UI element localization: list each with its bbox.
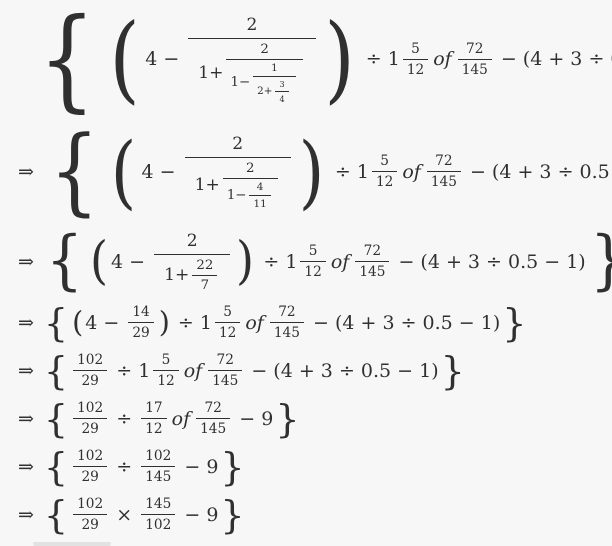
fraction: 512	[153, 352, 178, 389]
numerator: 2	[154, 231, 230, 254]
math-text: 102	[145, 448, 171, 464]
math-text: 29	[132, 325, 149, 341]
denominator: 29	[73, 370, 107, 389]
math-text: 29	[81, 373, 98, 389]
fraction: 72145	[355, 243, 389, 280]
implies-arrow: ⇒	[18, 456, 34, 478]
math-line-step-7: ⇒{10229 ÷ 102145 − 9}	[18, 448, 247, 486]
math-text: − 9	[233, 408, 273, 430]
fraction: 21+21−411	[185, 134, 291, 210]
math-text: 2	[187, 231, 198, 251]
math-word: of	[402, 161, 420, 183]
math-word: of	[245, 312, 263, 334]
fraction: 512	[300, 243, 325, 280]
math-line-step-5: ⇒{10229 ÷ 1512of72145 − (4 + 3 ÷ 0.5 − 1…	[18, 352, 467, 390]
math-text: 2+	[257, 85, 272, 97]
math-text: 4 −	[142, 161, 182, 183]
math-text: − (4 + 3 ÷ 0.5 − 1)	[245, 360, 438, 382]
numerator: 102	[73, 448, 107, 466]
numerator: 5	[372, 153, 397, 171]
math-text: 102	[145, 517, 171, 533]
math-text: 22	[196, 258, 213, 273]
numerator: 4	[249, 181, 270, 195]
left-brace: {	[44, 496, 68, 534]
math-text: ÷ 1	[172, 312, 212, 334]
math-word: of	[184, 360, 202, 382]
math-text: ÷ 1	[360, 48, 400, 70]
math-text: 29	[81, 421, 98, 437]
math-text: − (4 + 3 ÷ 0.5 − 1)	[392, 251, 585, 273]
math-text: 102	[77, 496, 103, 512]
math-text: − (4 + 3 ÷ 0.5 − 1)	[495, 48, 612, 70]
numerator: 3	[275, 79, 288, 91]
math-text: 2	[247, 15, 258, 35]
math-text: 12	[304, 264, 321, 280]
fraction: 10229	[73, 400, 107, 437]
math-text: 72	[217, 352, 234, 368]
denominator: 12	[403, 59, 428, 78]
math-text: 102	[77, 448, 103, 464]
numerator: 102	[73, 496, 107, 514]
math-text: 29	[81, 469, 98, 485]
right-paren: )	[236, 236, 254, 287]
fraction: 10229	[73, 352, 107, 389]
denominator: 29	[73, 466, 107, 485]
numerator: 102	[73, 400, 107, 418]
denominator: 12	[215, 322, 240, 341]
math-text: − 9	[178, 504, 218, 526]
math-text: ÷	[110, 456, 138, 478]
math-text: 5	[223, 304, 232, 320]
fraction: 21−411	[223, 161, 278, 210]
numerator: 17	[141, 400, 166, 418]
denominator: 102	[141, 514, 175, 533]
denominator: 2+34	[253, 76, 296, 104]
numerator: 72	[196, 400, 230, 418]
math-text: 5	[309, 243, 318, 259]
fraction: 72145	[427, 153, 461, 190]
fraction: 21−12+34	[226, 42, 302, 104]
math-text: 102	[77, 352, 103, 368]
right-brace: }	[275, 400, 299, 438]
numerator: 5	[403, 41, 428, 59]
math-text: 3	[279, 79, 284, 89]
denominator: 4	[275, 91, 288, 104]
math-text: 1+	[195, 175, 220, 195]
denominator: 145	[458, 59, 492, 78]
math-text: 1−	[230, 75, 250, 90]
math-word: of	[172, 408, 190, 430]
numerator: 5	[215, 304, 240, 322]
math-text: 145	[274, 325, 300, 341]
math-text: 145	[200, 421, 226, 437]
numerator: 2	[188, 15, 315, 38]
denominator: 12	[153, 370, 178, 389]
math-text: 145	[145, 496, 171, 512]
numerator: 2	[185, 134, 291, 157]
numerator: 14	[128, 304, 153, 322]
math-text: 2	[246, 161, 254, 176]
fraction: 72145	[196, 400, 230, 437]
denominator: 29	[73, 418, 107, 437]
implies-arrow: ⇒	[18, 504, 34, 526]
math-text: 145	[359, 264, 385, 280]
fraction: 1712	[141, 400, 166, 437]
numerator: 145	[141, 496, 175, 514]
left-paren: (	[109, 12, 139, 107]
math-derivation-page: {(4 − 21+21−12+34) ÷ 1512of72145 − (4 + …	[0, 0, 612, 546]
math-text: 12	[145, 421, 162, 437]
fraction: 10229	[73, 448, 107, 485]
math-text: 145	[462, 62, 488, 78]
fraction: 12+34	[253, 62, 296, 104]
math-text: ÷ 1	[257, 251, 297, 273]
math-text: 2	[260, 42, 268, 57]
numerator: 72	[270, 304, 304, 322]
fraction: 145102	[141, 496, 175, 533]
math-text: 4 −	[85, 312, 125, 334]
denominator: 7	[192, 275, 217, 293]
left-paren: (	[72, 309, 83, 338]
left-brace: {	[44, 352, 68, 390]
math-text: 102	[77, 400, 103, 416]
implies-arrow: ⇒	[18, 251, 34, 273]
numerator: 2	[223, 161, 278, 178]
math-line-step-4: ⇒{(4 − 1429) ÷ 1512of72145 − (4 + 3 ÷ 0.…	[18, 304, 528, 342]
math-text: 145	[212, 373, 238, 389]
math-text: 4	[257, 181, 264, 193]
math-text: 1+	[164, 265, 189, 285]
numerator: 2	[226, 42, 302, 59]
numerator: 72	[427, 153, 461, 171]
numerator: 72	[458, 41, 492, 59]
math-line-step-1: {(4 − 21+21−12+34) ÷ 1512of72145 − (4 + …	[30, 4, 612, 114]
numerator: 102	[73, 352, 107, 370]
denominator: 1+21−12+34	[188, 38, 315, 104]
denominator: 29	[128, 322, 153, 341]
math-line-step-2: ⇒{(4 − 21+21−411) ÷ 1512of72145 − (4 + 3…	[18, 124, 612, 219]
math-text: 1+	[198, 63, 223, 83]
denominator: 1−12+34	[226, 59, 302, 104]
math-text: − (4 + 3 ÷ 0.5 − 1)	[307, 312, 500, 334]
fraction: 72145	[208, 352, 242, 389]
math-text: 5	[162, 352, 171, 368]
math-text: 72	[364, 243, 381, 259]
implies-arrow: ⇒	[18, 312, 34, 334]
math-text: 145	[431, 174, 457, 190]
denominator: 145	[196, 418, 230, 437]
math-text: 17	[145, 400, 162, 416]
right-brace: }	[590, 229, 612, 294]
denominator: 145	[355, 261, 389, 280]
fraction: 411	[249, 181, 270, 210]
derivation-steps: {(4 − 21+21−12+34) ÷ 1512of72145 − (4 + …	[0, 0, 612, 534]
math-text: 72	[278, 304, 295, 320]
denominator: 29	[73, 514, 107, 533]
fraction: 102145	[141, 448, 175, 485]
denominator: 1+21−411	[185, 157, 291, 210]
left-paren: (	[111, 132, 137, 212]
numerator: 72	[355, 243, 389, 261]
math-text: 2	[232, 134, 243, 154]
left-brace: {	[46, 229, 83, 294]
math-text: 12	[219, 325, 236, 341]
math-text: 72	[435, 153, 452, 169]
denominator: 1−411	[223, 178, 278, 210]
fraction: 1429	[128, 304, 153, 341]
math-line-step-8: ⇒{10229 × 145102 − 9}	[18, 496, 247, 534]
math-text: 1−	[227, 188, 247, 203]
math-line-step-3: ⇒{(4 − 21+227) ÷ 1512of72145 − (4 + 3 ÷ …	[18, 229, 612, 294]
fraction: 72145	[458, 41, 492, 78]
implies-arrow: ⇒	[18, 161, 34, 183]
right-paren: )	[299, 132, 325, 212]
denominator: 12	[372, 171, 397, 190]
left-brace: {	[44, 304, 68, 342]
math-text: 29	[81, 517, 98, 533]
numerator: 102	[141, 448, 175, 466]
math-text: ÷ 1	[329, 161, 369, 183]
numerator: 5	[153, 352, 178, 370]
math-text: 7	[201, 278, 209, 293]
denominator: 1+227	[154, 254, 230, 293]
math-text: 12	[376, 174, 393, 190]
math-text: 4 −	[145, 48, 185, 70]
math-text: 4	[279, 94, 284, 104]
fraction: 512	[215, 304, 240, 341]
math-text: 14	[132, 304, 149, 320]
fraction: 21+227	[154, 231, 230, 293]
math-text: 1	[271, 62, 278, 74]
denominator: 12	[300, 261, 325, 280]
numerator: 22	[192, 258, 217, 275]
left-brace: {	[44, 400, 68, 438]
math-text: − (4 + 3 ÷ 0.5 − 1)	[464, 161, 612, 183]
fraction: 512	[403, 41, 428, 78]
fraction: 10229	[73, 496, 107, 533]
implies-arrow: ⇒	[18, 408, 34, 430]
numerator: 72	[208, 352, 242, 370]
math-word: of	[433, 48, 451, 70]
right-paren: )	[159, 309, 170, 338]
math-text: − 9	[178, 456, 218, 478]
fraction: 512	[372, 153, 397, 190]
denominator: 145	[208, 370, 242, 389]
math-text: ×	[110, 504, 138, 526]
math-line-step-6: ⇒{10229 ÷ 1712of72145 − 9}	[18, 400, 302, 438]
denominator: 145	[141, 466, 175, 485]
denominator: 11	[249, 195, 270, 210]
fraction: 72145	[270, 304, 304, 341]
fraction: 227	[192, 258, 217, 293]
math-text: ÷	[110, 408, 138, 430]
math-text: 72	[466, 41, 483, 57]
fraction: 21+21−12+34	[188, 15, 315, 104]
partial-next-line-fragment	[33, 542, 111, 546]
math-text: 12	[157, 373, 174, 389]
denominator: 145	[270, 322, 304, 341]
left-brace: {	[44, 448, 68, 486]
denominator: 145	[427, 171, 461, 190]
fraction: 34	[275, 79, 288, 104]
math-text: ÷ 1	[110, 360, 150, 382]
numerator: 1	[253, 62, 296, 76]
math-word: of	[331, 251, 349, 273]
right-brace: }	[220, 448, 244, 486]
left-brace: {	[49, 124, 99, 219]
left-paren: (	[90, 236, 108, 287]
math-text: 5	[411, 41, 420, 57]
right-brace: }	[441, 352, 465, 390]
math-text: 12	[407, 62, 424, 78]
right-paren: )	[324, 12, 354, 107]
denominator: 12	[141, 418, 166, 437]
left-brace: {	[38, 4, 95, 114]
right-brace: }	[502, 304, 526, 342]
right-brace: }	[220, 496, 244, 534]
math-text: 145	[145, 469, 171, 485]
math-text: 11	[253, 198, 266, 210]
implies-arrow: ⇒	[18, 360, 34, 382]
math-text: 5	[380, 153, 389, 169]
math-text: 72	[204, 400, 221, 416]
math-text: 4 −	[111, 251, 151, 273]
numerator: 5	[300, 243, 325, 261]
